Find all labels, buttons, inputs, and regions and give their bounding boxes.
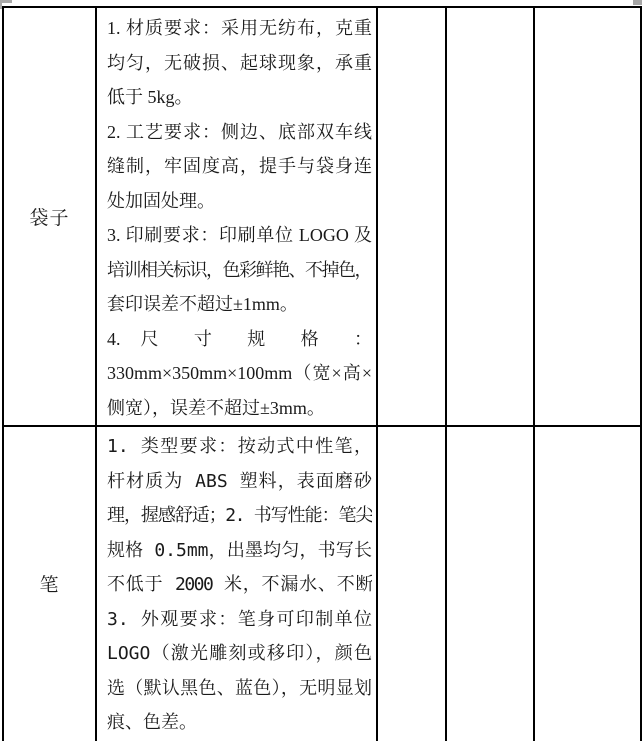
item-name-cell: 笔 [3, 426, 96, 741]
empty-cell [534, 7, 641, 426]
spec-line: 1. 材质要求：采用无纺布，克重 [107, 11, 372, 46]
spec-line: 低于 5kg。 [107, 80, 372, 115]
spec-line: LOGO（激光雕刻或移印），颜色可 [107, 637, 372, 672]
empty-cell [377, 426, 446, 741]
spec-line: 2. 工艺要求：侧边、底部双车线 [107, 115, 372, 150]
empty-cell [534, 426, 641, 741]
empty-cell [377, 7, 446, 426]
item-name: 袋子 [29, 208, 69, 229]
spec-line: 均匀，无破损、起球现象，承重不 [107, 46, 372, 81]
spec-line: 套印误差不超过±1mm。 [107, 287, 372, 322]
spec-line: 不低于 2000 米，不漏水、不断墨。 [107, 568, 372, 603]
spec-line: 3. 外观要求：笔身可印制单位 [107, 603, 372, 638]
spec-line: 规格 0.5mm，出墨均匀，书写长度 [107, 534, 372, 569]
item-name-cell: 袋子 [3, 7, 96, 426]
spec-line: 330mm×350mm×100mm（宽×高× [107, 356, 372, 391]
spec-line: 痕、色差。 [107, 706, 372, 741]
spec-line: 3. 印刷要求：印刷单位 LOGO 及 [107, 218, 372, 253]
procurement-spec-table: 袋子1. 材质要求：采用无纺布，克重均匀，无破损、起球现象，承重不低于 5kg。… [2, 6, 642, 741]
spec-text-cell: 1. 材质要求：采用无纺布，克重均匀，无破损、起球现象，承重不低于 5kg。2.… [96, 7, 377, 426]
table-row: 笔1. 类型要求：按动式中性笔，笔杆材质为 ABS 塑料，表面磨砂处理，握感舒适… [3, 426, 641, 741]
spec-line: 理，握感舒适；2. 书写性能：笔尖 [107, 499, 372, 534]
empty-cell [446, 426, 534, 741]
empty-cell [446, 7, 534, 426]
spec-line: 处加固处理。 [107, 184, 372, 219]
spec-line: 培训相关标识，色彩鲜艳、不掉色， [107, 253, 372, 288]
scrollbar-corner-mark [633, 0, 642, 5]
spec-text-cell: 1. 类型要求：按动式中性笔，笔杆材质为 ABS 塑料，表面磨砂处理，握感舒适；… [96, 426, 377, 741]
spec-line: 4. 尺 寸 规 格 ： [107, 322, 372, 357]
table-row: 袋子1. 材质要求：采用无纺布，克重均匀，无破损、起球现象，承重不低于 5kg。… [3, 7, 641, 426]
spec-line: 1. 类型要求：按动式中性笔，笔 [107, 430, 372, 465]
spec-line: 选（默认黑色、蓝色），无明显划 [107, 672, 372, 707]
spec-line: 侧宽），误差不超过±3mm。 [107, 391, 372, 426]
spec-line: 缝制，牢固度高，提手与袋身连接 [107, 149, 372, 184]
spec-line: 杆材质为 ABS 塑料，表面磨砂处 [107, 465, 372, 500]
item-name: 笔 [39, 575, 59, 596]
